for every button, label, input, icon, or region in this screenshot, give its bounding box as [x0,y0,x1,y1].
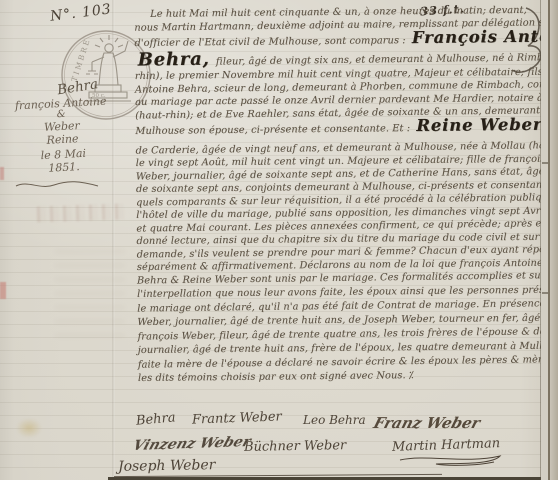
groom-surname-display: Behra, [134,49,212,71]
bleed-through-mark [55,250,125,340]
officer-underline-flourish [396,452,514,468]
act-number: N°. 103 [49,1,112,24]
signature-franz-weber: Franz Weber [371,414,482,432]
groom-firstname-display: François Antoine [409,26,558,47]
bleed-through-mark [33,203,126,222]
signature-joseph-weber: Joseph Weber [118,457,216,475]
act-line: d'officier de l'Etat civil de Mulhouse, … [134,29,558,50]
paper-stain [16,418,42,438]
edge-ink-mark [0,167,4,180]
edge-ink-mark [0,282,6,299]
adjacent-page-sliver [550,0,558,480]
margin-squiggle-flourish [14,178,100,192]
signature-leo-behra: Leo Behra [303,413,366,427]
margin-note: Behra françois Antoine & Weber Reine le … [6,81,119,177]
act-line: les dits témoins choisis par eux ont sig… [138,369,414,385]
edge-tick-mark [542,162,548,164]
signature-frantz-weber: Frantz Weber [192,409,282,427]
page-edge-band [541,0,548,480]
edge-tick-mark [542,292,548,294]
act-line-text: Mulhouse son épouse, ci-présente et cons… [135,123,410,137]
registry-page-scan: N°. 103 33 f.t. TIMBRE 50 c. Behra franç… [0,0,558,480]
act-line-text: d'officier de l'Etat civil de Mulhouse, … [134,35,405,49]
signature-buchner-weber: Büchner Weber [244,438,346,455]
act-body-text: Le huit Mai mil huit cent cinquante & un… [134,0,549,480]
bride-name-display: Reine Weber [413,115,545,135]
